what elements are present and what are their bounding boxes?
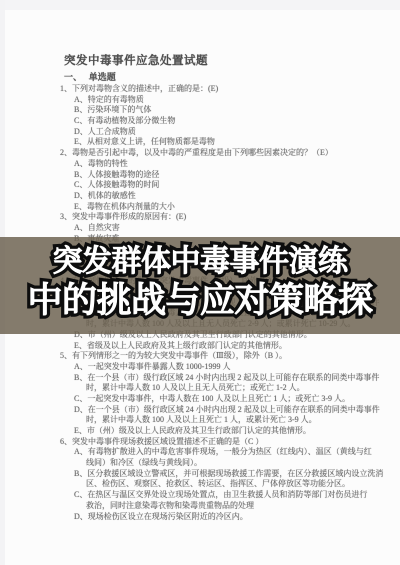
doc-line: C、一起突发中毒事件，中毒人数在 100 人及以上且死亡 1 人；或死亡 3-9…: [60, 394, 390, 405]
doc-line: 时，累计中毒人数 10 人及以上且无人员死亡；或死亡 1-2 人。: [60, 383, 390, 394]
doc-line: 时，累计中毒人数 100 人及以上且死亡 1 人，或累计死亡 3-9 人。: [60, 415, 390, 426]
doc-line: B、污染环境下的气体: [60, 105, 390, 116]
doc-line: 救治，同时注意染毒衣物和染毒贵重物品的处理: [60, 501, 390, 512]
photo-of-document: 突发中毒事件应急处置试题 一、 单选题 1、下列对毒物含义的描述中，正确的是：(…: [0, 0, 400, 565]
doc-line: D、机体的敏感性: [60, 191, 390, 202]
doc-line: 5、有下列情形之一的为较大突发中毒事件（Ⅲ级），除外（B ）。: [60, 351, 390, 362]
doc-line: A、有毒物扩散进入的中毒危害事件现场，一般分为热区（红线内）、温区（黄线与红: [60, 447, 390, 458]
doc-line: 2、毒物是否引起中毒，以及中毒的严重程度是由下列哪些因素决定的？（E）: [60, 148, 390, 159]
overlay-title-line-2: 中的挑战与应对策略探: [0, 283, 400, 320]
doc-line: C、在热区与温区交界处设立现场处置点，由卫生救援人员和消防等部门对伤员进行: [60, 490, 390, 501]
doc-line: E、省级及以上人民政府及其上级行政部门认定的其他情形。: [60, 341, 390, 352]
doc-line: D、在一个县（市）级行政区域 24 小时内出现 2 起及以上可能存在联系的同类中…: [60, 405, 390, 416]
doc-line: A、毒物的特性: [60, 159, 390, 170]
document-title: 突发中毒事件应急处置试题: [64, 52, 208, 68]
doc-line: D、人工合成物质: [60, 127, 390, 138]
doc-line: E、毒物在机体内剂量的大小: [60, 202, 390, 213]
doc-line: 3、突发中毒事件形成的原因有：(E): [60, 212, 390, 223]
doc-line: A、自然灾害: [60, 223, 390, 234]
doc-line: 6、突发中毒事件现场救援区域设置描述不正确的是（C ）: [60, 437, 390, 448]
doc-line: B、人体接触毒物的途径: [60, 170, 390, 181]
overlay-title-line-1: 突发群体中毒事件演练: [0, 246, 400, 278]
doc-line: C、人体接触毒物的时间: [60, 180, 390, 191]
doc-line: 1、下列对毒物含义的描述中，正确的是：(E): [60, 84, 390, 95]
doc-line: E、从相对意义上讲，任何物质都是毒物: [60, 137, 390, 148]
doc-line: A、一起突发中毒事件暴露人数 1000-1999 人: [60, 362, 390, 373]
doc-line: 线间）和冷区（绿线与黄线间）。: [60, 458, 390, 469]
doc-line: E、市（州）级及以上人民政府及其卫生行政部门认定的其他情形。: [60, 426, 390, 437]
doc-line: A、特定的有毒物质: [60, 95, 390, 106]
doc-line: C、有毒动植物及部分微生物: [60, 116, 390, 127]
doc-line: B、区分救援区域设立警戒区，并可根据现场救援工作需要，在区分救援区域内设立洗消: [60, 469, 390, 480]
doc-line: D、现场检伤区设立在现场污染区附近的冷区内。: [60, 512, 390, 523]
section-heading: 一、 单选题: [64, 70, 116, 83]
doc-line: B、在一个县（市）级行政区域 24 小时内出现 2 起及以上可能存在联系的同类中…: [60, 373, 390, 384]
doc-line: 区、检伤区、观察区、抢救区、转运区、指挥区、尸体停放区等功能分区。: [60, 479, 390, 490]
